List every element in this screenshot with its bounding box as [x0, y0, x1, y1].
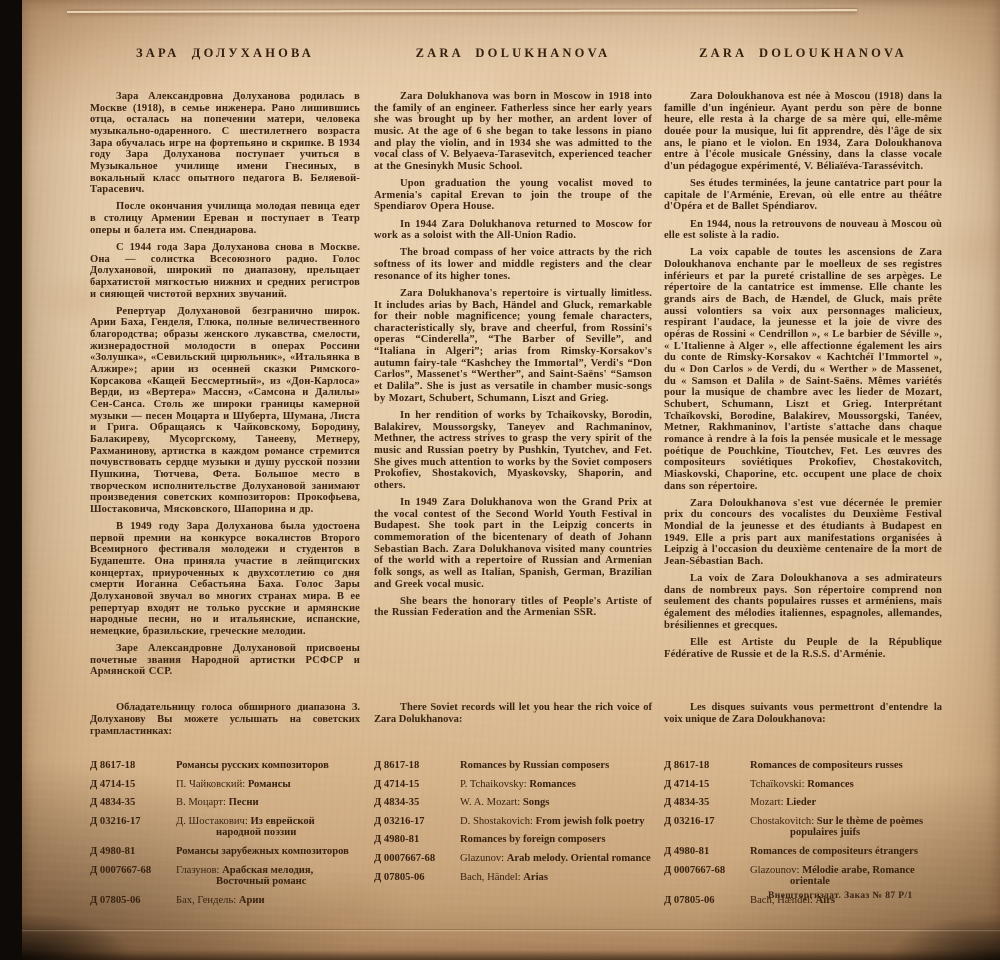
record-row: Д 03216-17Д. Шостакович: Из еврейской на…: [90, 816, 360, 839]
record-composer: W. A. Mozart:: [460, 797, 523, 808]
paragraph: Zara Dolukhanova was born in Moscow in 1…: [374, 91, 652, 173]
paragraph: In 1949 Zara Dolukhanova won the Grand P…: [374, 497, 652, 590]
record-row: Д 4714-15П. Чайковский: Романсы: [90, 779, 360, 791]
record-composer: Tchaïkovski:: [750, 779, 807, 790]
record-description: D. Shostakovich: From jewish folk poetry: [460, 816, 652, 828]
column-french: ZARA DOLOUKHANOVA Zara Doloukhanova est …: [664, 46, 942, 960]
paragraph: Elle est Artiste du Peuple de la Républi…: [664, 637, 942, 660]
record-description: Glazounov: Mélodie arabe, Romance orient…: [750, 865, 942, 888]
paragraph: La voix capable de toutes les ascensions…: [664, 247, 942, 492]
paragraph: С 1944 года Зара Долуханова снова в Моск…: [90, 242, 360, 300]
records-intro: There Soviet records will let you hear t…: [374, 702, 652, 726]
record-row: Д 0007667-68Glazounov: Mélodie arabe, Ro…: [664, 865, 942, 888]
record-composer: Glazounov:: [750, 865, 802, 876]
record-description: Mozart: Lieder: [750, 797, 942, 809]
paragraph: После окончания училища молодая певица е…: [90, 201, 360, 236]
catalog-number: Д 07805-06: [664, 895, 750, 907]
catalog-number: Д 8617-18: [90, 760, 176, 772]
record-title: From jewish folk poetry: [536, 816, 645, 827]
record-row: Д 07805-06Bach, Händel: Arias: [374, 872, 652, 884]
record-title: Romances by foreign composers: [460, 834, 605, 845]
record-description: Chostakovitch: Sur le thème de poèmes po…: [750, 816, 942, 839]
paragraph: The broad compass of her voice attracts …: [374, 247, 652, 282]
discography-french: Les disques suivants vous permettront d'…: [664, 702, 942, 726]
column-english: ZARA DOLUKHANOVA Zara Dolukhanova was bo…: [374, 46, 652, 960]
paragraph: In her rendition of works by Tchaikovsky…: [374, 410, 652, 492]
column-title-french: ZARA DOLOUKHANOVA: [664, 46, 942, 61]
record-description: Bach, Händel: Arias: [460, 872, 652, 884]
record-title: Arab melody. Oriental romance: [507, 853, 651, 864]
record-row: Д 4834-35В. Моцарт: Песни: [90, 797, 360, 809]
record-description: Глазунов: Арабская мелодия, Восточный ро…: [176, 865, 360, 888]
record-title: Romances de compositeurs étrangers: [750, 846, 918, 857]
column-title-russian: ЗАРА ДОЛУХАНОВА: [90, 46, 360, 61]
record-description: В. Моцарт: Песни: [176, 797, 360, 809]
catalog-number: Д 8617-18: [374, 760, 460, 772]
paragraph: En 1944, nous la retrouvons de nouveau à…: [664, 219, 942, 242]
record-title: Songs: [523, 797, 550, 808]
records-intro: Обладательницу голоса обширного диапазон…: [90, 702, 360, 738]
paragraph: La voix de Zara Doloukhanova a ses admir…: [664, 573, 942, 631]
record-row: Д 4714-15P. Tchaikovsky: Romances: [374, 779, 652, 791]
record-description: Романсы русских композиторов: [176, 760, 360, 772]
record-description: W. A. Mozart: Songs: [460, 797, 652, 809]
record-row: Д 4980-81Романсы зарубежных композиторов: [90, 846, 360, 858]
paragraph: In 1944 Zara Dolukhanova returned to Mos…: [374, 219, 652, 242]
catalog-number: Д 8617-18: [664, 760, 750, 772]
record-composer: Mozart:: [750, 797, 786, 808]
record-composer: Глазунов:: [176, 865, 222, 876]
record-description: P. Tchaikovsky: Romances: [460, 779, 652, 791]
biography-english: Zara Dolukhanova was born in Moscow in 1…: [374, 91, 652, 619]
record-composer: P. Tchaikovsky:: [460, 779, 529, 790]
paragraph: Заре Александровне Долухановой присвоены…: [90, 643, 360, 678]
paragraph: Zara Doloukhanova s'est vue décernée le …: [664, 498, 942, 568]
record-row: Д 4714-15Tchaïkovski: Romances: [664, 779, 942, 791]
catalog-number: Д 4714-15: [90, 779, 176, 791]
catalog-number: Д 4714-15: [664, 779, 750, 791]
record-title: Романсы зарубежных композиторов: [176, 846, 349, 857]
catalog-number: Д 0007667-68: [90, 865, 176, 888]
record-row: Д 8617-18Romances by Russian composers: [374, 760, 652, 772]
record-composer: В. Моцарт:: [176, 797, 229, 808]
record-title: Romances: [529, 779, 576, 790]
record-description: Tchaïkovski: Romances: [750, 779, 942, 791]
catalog-number: Д 07805-06: [374, 872, 460, 884]
record-description: Романсы зарубежных композиторов: [176, 846, 360, 858]
catalog-number: Д 4834-35: [664, 797, 750, 809]
catalog-number: Д 4980-81: [374, 834, 460, 846]
biography-french: Zara Doloukhanova est née à Moscou (1918…: [664, 91, 942, 660]
record-description: Romances de compositeurs étrangers: [750, 846, 942, 858]
catalog-number: Д 03216-17: [374, 816, 460, 828]
catalog-number: Д 4834-35: [374, 797, 460, 809]
record-list: Д 8617-18Romances by Russian composers Д…: [374, 760, 652, 890]
catalog-number: Д 0007667-68: [374, 853, 460, 865]
paragraph: Зара Александровна Долуханова родилась в…: [90, 91, 360, 196]
catalog-number: Д 0007667-68: [664, 865, 750, 888]
record-row: Д 03216-17D. Shostakovich: From jewish f…: [374, 816, 652, 828]
record-composer: Д. Шостакович:: [176, 816, 250, 827]
record-row: Д 4834-35W. A. Mozart: Songs: [374, 797, 652, 809]
catalog-number: Д 03216-17: [90, 816, 176, 839]
paragraph: В 1949 году Зара Долуханова была удостое…: [90, 521, 360, 638]
record-description: Бах, Гендель: Арии: [176, 895, 360, 907]
column-title-english: ZARA DOLUKHANOVA: [374, 46, 652, 61]
record-list: Д 8617-18Романсы русских композиторов Д …: [90, 760, 360, 913]
record-title: Romances by Russian composers: [460, 760, 609, 771]
record-composer: Бах, Гендель:: [176, 895, 239, 906]
record-description: Romances de compositeurs russes: [750, 760, 942, 772]
record-row: Д 4980-81Romances de compositeurs étrang…: [664, 846, 942, 858]
record-row: Д 4980-81Romances by foreign composers: [374, 834, 652, 846]
top-seam-crease: [67, 9, 857, 13]
record-composer: Bach, Händel:: [460, 872, 523, 883]
discography-english: There Soviet records will let you hear t…: [374, 702, 652, 726]
record-row: Д 0007667-68Glazunov: Arab melody. Orien…: [374, 853, 652, 865]
publisher-imprint: Внешторгиздат. Заказ № 87 Р/1: [768, 891, 913, 901]
record-description: Д. Шостакович: Из еврейской народной поэ…: [176, 816, 360, 839]
record-title: Романсы: [248, 779, 291, 790]
record-composer: Chostakovitch:: [750, 816, 817, 827]
paragraph: Zara Doloukhanova est née à Moscou (1918…: [664, 91, 942, 173]
record-title: Романсы русских композиторов: [176, 760, 329, 771]
record-title: Mélodie arabe, Romance orientale: [790, 865, 915, 888]
record-row: Д 8617-18Романсы русских композиторов: [90, 760, 360, 772]
records-intro: Les disques suivants vous permettront d'…: [664, 702, 942, 726]
record-composer: П. Чайковский:: [176, 779, 248, 790]
record-title: Arias: [523, 872, 548, 883]
record-title: Romances: [807, 779, 854, 790]
record-row: Д 4834-35Mozart: Lieder: [664, 797, 942, 809]
record-title: Арии: [239, 895, 265, 906]
paragraph: Ses études terminées, la jeune cantatric…: [664, 178, 942, 213]
record-row: Д 03216-17Chostakovitch: Sur le thème de…: [664, 816, 942, 839]
record-description: Romances by foreign composers: [460, 834, 652, 846]
paragraph: She bears the honorary titles of People'…: [374, 596, 652, 619]
catalog-number: Д 4980-81: [90, 846, 176, 858]
record-row: Д 07805-06Бах, Гендель: Арии: [90, 895, 360, 907]
catalog-number: Д 03216-17: [664, 816, 750, 839]
record-composer: D. Shostakovich:: [460, 816, 536, 827]
catalog-number: Д 07805-06: [90, 895, 176, 907]
discography-russian: Обладательницу голоса обширного диапазон…: [90, 702, 360, 738]
column-russian: ЗАРА ДОЛУХАНОВА Зара Александровна Долух…: [90, 46, 360, 960]
record-description: Glazunov: Arab melody. Oriental romance: [460, 853, 652, 865]
catalog-number: Д 4714-15: [374, 779, 460, 791]
paragraph: Репертуар Долухановой безгранично широк.…: [90, 306, 360, 516]
record-description: Romances by Russian composers: [460, 760, 652, 772]
paragraph: Upon graduation the young vocalist moved…: [374, 178, 652, 213]
record-title: Romances de compositeurs russes: [750, 760, 903, 771]
record-description: П. Чайковский: Романсы: [176, 779, 360, 791]
record-row: Д 0007667-68Глазунов: Арабская мелодия, …: [90, 865, 360, 888]
paragraph: Zara Dolukhanova's repertoire is virtual…: [374, 288, 652, 405]
catalog-number: Д 4834-35: [90, 797, 176, 809]
record-row: Д 8617-18Romances de compositeurs russes: [664, 760, 942, 772]
record-title: Арабская мелодия, Восточный романс: [216, 865, 313, 888]
record-title: Песни: [229, 797, 259, 808]
catalog-number: Д 4980-81: [664, 846, 750, 858]
record-composer: Glazunov:: [460, 853, 507, 864]
record-title: Lieder: [786, 797, 816, 808]
biography-russian: Зара Александровна Долуханова родилась в…: [90, 91, 360, 678]
